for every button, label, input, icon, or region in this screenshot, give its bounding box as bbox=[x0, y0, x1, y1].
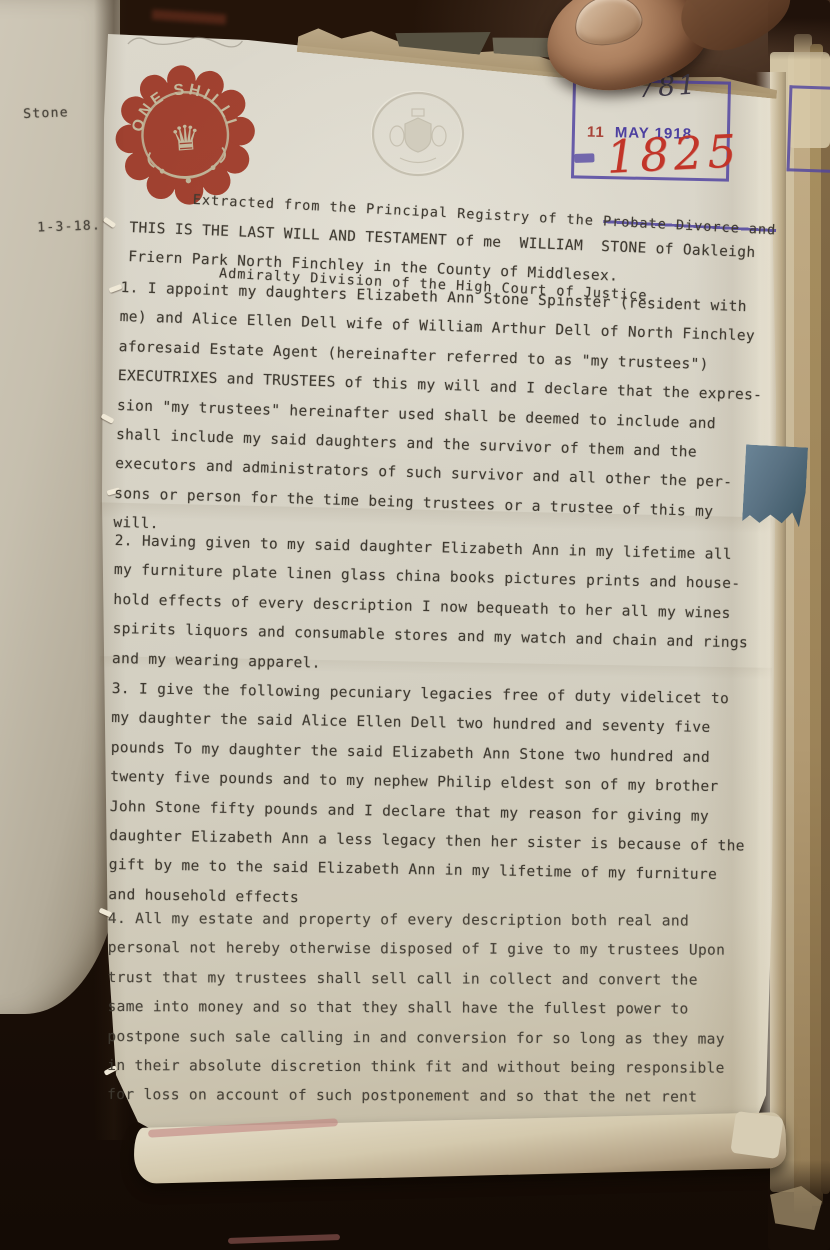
text-line: for loss on account of such postponement… bbox=[107, 1081, 725, 1113]
page-edge-strip bbox=[821, 54, 830, 1194]
stamp-day: 11 bbox=[587, 124, 605, 141]
red-edge-smudge bbox=[152, 9, 227, 24]
margin-note-name: Stone bbox=[23, 93, 98, 134]
stamp-red-number: 1825 bbox=[605, 124, 742, 184]
text-line: 4. All my estate and property of every d… bbox=[108, 905, 726, 937]
adjacent-stamp-corner bbox=[787, 85, 830, 173]
will-clause-1: 1. I appoint my daughters Elizabeth Ann … bbox=[113, 274, 765, 558]
ink-smudge bbox=[574, 153, 594, 163]
text-line: postpone such sale calling in and conver… bbox=[107, 1023, 725, 1055]
text-line: same into money and so that they shall h… bbox=[107, 993, 725, 1025]
photo-of-will-page: Stone 1-3-18. ONE SHILLING bbox=[0, 0, 830, 1250]
will-clause-3: 3. I give the following pecuniary legaci… bbox=[108, 675, 747, 921]
will-clause-4: 4. All my estate and property of every d… bbox=[107, 905, 725, 1114]
hand-holding-page bbox=[528, 0, 788, 106]
pink-edge-tint bbox=[228, 1234, 340, 1244]
text-line: in their absolute discretion think fit a… bbox=[107, 1052, 725, 1084]
will-clause-2: 2. Having given to my said daughter Eliz… bbox=[112, 527, 751, 688]
margin-note: Stone 1-3-18. bbox=[20, 17, 104, 323]
bottom-corner-fold bbox=[730, 1111, 783, 1159]
margin-note-date: 1-3-18. bbox=[37, 207, 102, 247]
text-line: personal not hereby otherwise disposed o… bbox=[108, 934, 726, 966]
text-line: trust that my trustees shall sell call i… bbox=[108, 964, 726, 996]
